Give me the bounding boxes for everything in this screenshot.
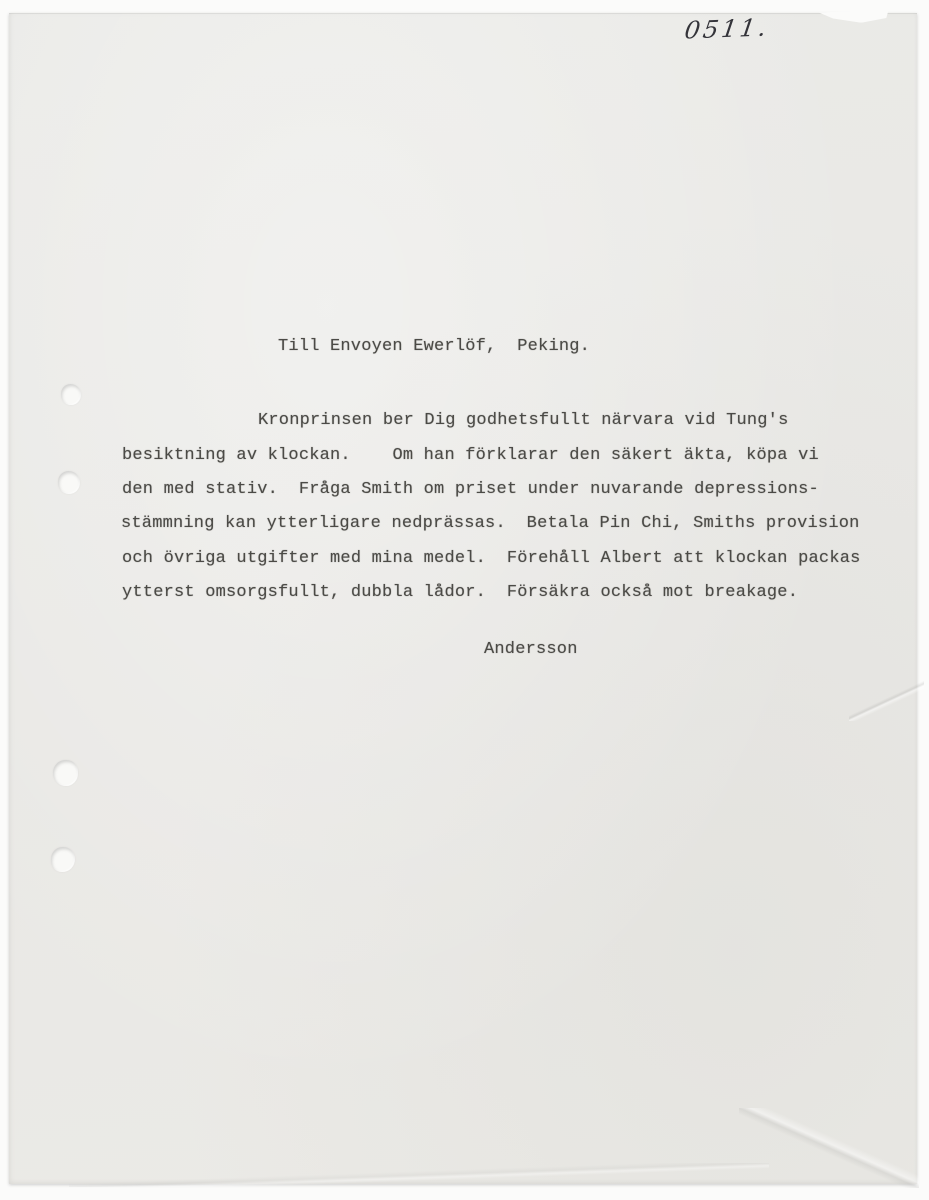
handwritten-page-number: 0511.	[683, 14, 771, 45]
paper-crease	[69, 1163, 769, 1187]
paper-crease	[849, 681, 924, 721]
signature: Andersson	[484, 640, 578, 660]
punch-hole	[53, 760, 78, 786]
body-line: Kronprinsen ber Dig godhetsfullt närvara…	[258, 411, 789, 431]
recipient-line: Till Envoyen Ewerlöf, Peking.	[278, 337, 590, 357]
body-line: stämmning kan ytterligare nedprässas. Be…	[121, 514, 860, 534]
body-line: den med stativ. Fråga Smith om priset un…	[122, 480, 819, 500]
punch-hole	[51, 847, 75, 872]
letter-paper-sheet: 0511. Till Envoyen Ewerlöf, Peking. Kron…	[9, 13, 917, 1184]
body-line: besiktning av klockan. Om han förklarar …	[122, 446, 819, 466]
punch-hole	[61, 384, 81, 405]
body-line: och övriga utgifter med mina medel. Före…	[122, 549, 861, 569]
punch-hole	[58, 471, 80, 494]
body-line: ytterst omsorgsfullt, dubbla lådor. Förs…	[122, 583, 798, 603]
